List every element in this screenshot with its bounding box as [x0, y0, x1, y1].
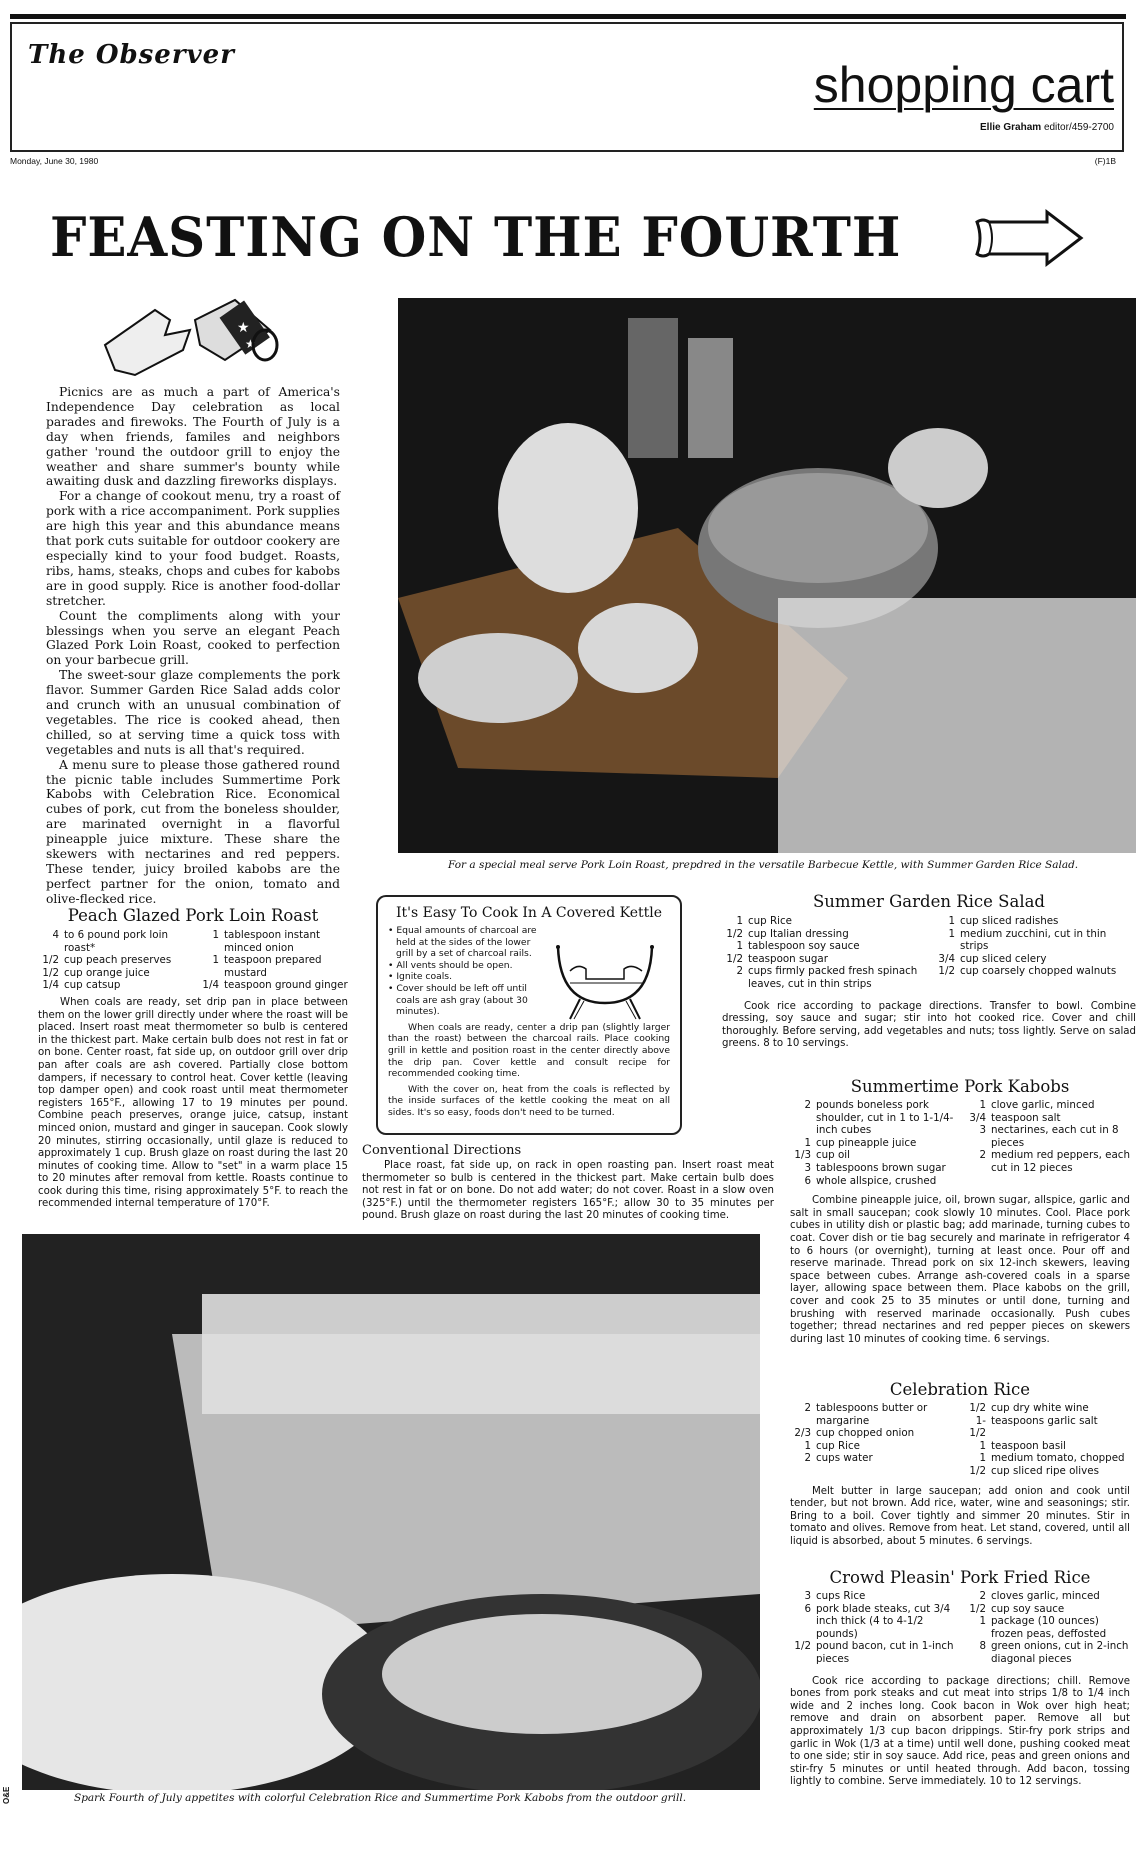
ingredient: 1/2cup orange juice	[38, 967, 188, 980]
recipe-directions: Cook rice according to package direction…	[790, 1676, 1130, 1789]
kettle-paragraph: When coals are ready, center a drip pan …	[388, 1022, 670, 1080]
recipe-title: Crowd Pleasin' Pork Fried Rice	[790, 1568, 1130, 1587]
dateline: Monday, June 30, 1980	[10, 156, 98, 166]
kettle-tips-box: It's Easy To Cook In A Covered Kettle Eq…	[376, 895, 682, 1135]
recipe-title: Summer Garden Rice Salad	[722, 892, 1136, 911]
intro-paragraph: A menu sure to please those gathered rou…	[46, 758, 340, 907]
conventional-text: Place roast, fat side up, on rack in ope…	[362, 1160, 774, 1223]
ingredient: 1medium tomato, chopped	[965, 1452, 1130, 1465]
recipe-summer-garden-rice-salad: Summer Garden Rice Salad 1cup Rice 1/2cu…	[722, 892, 1136, 1051]
editor-contact: editor/459-2700	[1044, 122, 1114, 133]
recipe-peach-glazed-pork: Peach Glazed Pork Loin Roast 4to 6 pound…	[38, 906, 348, 1211]
recipe-directions: Combine pineapple juice, oil, brown suga…	[790, 1195, 1130, 1346]
kettle-paragraph: With the cover on, heat from the coals i…	[388, 1084, 670, 1119]
ingredient: 2pounds boneless pork shoulder, cut in 1…	[790, 1099, 955, 1137]
ingredient: 1cup Rice	[722, 915, 924, 928]
ingredient: 1medium zucchini, cut in thin strips	[934, 928, 1136, 953]
ingredient: 1clove garlic, minced	[965, 1099, 1130, 1112]
ingredient-list: 1cup Rice 1/2cup Italian dressing 1table…	[722, 915, 1136, 991]
section-title: shopping cart	[814, 60, 1114, 110]
kettle-diagram-icon	[550, 941, 660, 1021]
kettle-bullet: Cover should be left off until coals are…	[388, 983, 548, 1018]
ingredient: 1/2cup dry white wine	[965, 1402, 1130, 1415]
ingredient: 1/2cup sliced ripe olives	[965, 1465, 1130, 1478]
ingredient: 1package (10 ounces) frozen peas, deffos…	[965, 1615, 1130, 1640]
ingredient: 2tablespoons butter or margarine	[790, 1402, 955, 1427]
side-label: O&E	[2, 1787, 11, 1804]
ingredient: 3cups Rice	[790, 1590, 955, 1603]
ingredient-list: 2tablespoons butter or margarine 2/3cup …	[790, 1402, 1130, 1478]
ingredient: 1/2pound bacon, cut in 1-inch pieces	[790, 1640, 955, 1665]
recipe-pork-fried-rice: Crowd Pleasin' Pork Fried Rice 3cups Ric…	[790, 1568, 1130, 1789]
page-number: (F)1B	[1095, 156, 1116, 166]
firecracker-illustration-icon: ★ ★	[95, 290, 295, 380]
ingredient: 8green onions, cut in 2-inch diagonal pi…	[965, 1640, 1130, 1665]
conventional-title: Conventional Directions	[362, 1143, 774, 1158]
paper-name: The Observer	[28, 40, 235, 70]
ingredient: 1/3cup oil	[790, 1149, 955, 1162]
ingredient: 1tablespoon instant minced onion	[198, 929, 348, 954]
ingredient: 1cup Rice	[790, 1440, 955, 1453]
editor-name: Ellie Graham	[980, 122, 1041, 133]
recipe-title: Peach Glazed Pork Loin Roast	[38, 906, 348, 925]
ingredient: 2/3cup chopped onion	[790, 1427, 955, 1440]
arrow-banner-icon	[975, 208, 1085, 268]
recipe-celebration-rice: Celebration Rice 2tablespoons butter or …	[790, 1380, 1130, 1549]
ingredient: 1/2cup Italian dressing	[722, 928, 924, 941]
ingredient: 1/4teaspoon ground ginger	[198, 979, 348, 992]
ingredient: 1teaspoon prepared mustard	[198, 954, 348, 979]
ingredient: 3/4teaspoon salt	[965, 1112, 1130, 1125]
ingredient: 4to 6 pound pork loin roast*	[38, 929, 188, 954]
recipe-title: Summertime Pork Kabobs	[790, 1077, 1130, 1096]
ingredient: 1cup sliced radishes	[934, 915, 1136, 928]
ingredient: 3nectarines, each cut in 8 pieces	[965, 1124, 1130, 1149]
ingredient-list: 2pounds boneless pork shoulder, cut in 1…	[790, 1099, 1130, 1187]
kettle-bullet: All vents should be open.	[388, 960, 548, 972]
photo-caption-top: For a special meal serve Pork Loin Roast…	[448, 859, 1078, 871]
intro-paragraph: For a change of cookout menu, try a roas…	[46, 489, 340, 608]
recipe-directions: Melt butter in large saucepan; add onion…	[790, 1486, 1130, 1549]
ingredient: 1/2cup coarsely chopped walnuts	[934, 965, 1136, 978]
kettle-bullet: Ignite coals.	[388, 971, 548, 983]
ingredient: 2cloves garlic, minced	[965, 1590, 1130, 1603]
recipe-directions: Cook rice according to package direction…	[722, 1001, 1136, 1051]
ingredient: 1tablespoon soy sauce	[722, 940, 924, 953]
photo-caption-bottom: Spark Fourth of July appetites with colo…	[74, 1792, 686, 1804]
kettle-box-title: It's Easy To Cook In A Covered Kettle	[388, 905, 670, 921]
ingredient: 3tablespoons brown sugar	[790, 1162, 955, 1175]
ingredient: 1-1/2teaspoons garlic salt	[965, 1415, 1130, 1440]
kettle-bullet-list: Equal amounts of charcoal are held at th…	[388, 925, 548, 1018]
ingredient: 2cups firmly packed fresh spinach leaves…	[722, 965, 924, 990]
intro-paragraph: Count the compliments along with your bl…	[46, 609, 340, 669]
ingredient: 2cups water	[790, 1452, 955, 1465]
photo-kabobs-rice	[22, 1234, 760, 1790]
ingredient: 6whole allspice, crushed	[790, 1175, 955, 1188]
conventional-directions: Conventional Directions Place roast, fat…	[362, 1143, 774, 1223]
ingredient-list: 3cups Rice 6pork blade steaks, cut 3/4 i…	[790, 1590, 1130, 1666]
recipe-summertime-pork-kabobs: Summertime Pork Kabobs 2pounds boneless …	[790, 1077, 1130, 1346]
top-rule	[10, 14, 1126, 19]
ingredient-list: 4to 6 pound pork loin roast* 1/2cup peac…	[38, 929, 348, 992]
editor-line: Ellie Graham editor/459-2700	[980, 122, 1114, 133]
headline: FEASTING ON THE FOURTH	[50, 205, 901, 269]
intro-article: Picnics are as much a part of America's …	[46, 385, 340, 907]
ingredient: 1teaspoon basil	[965, 1440, 1130, 1453]
ingredient: 1/2cup soy sauce	[965, 1603, 1130, 1616]
svg-text:★: ★	[237, 320, 250, 336]
ingredient: 3/4cup sliced celery	[934, 953, 1136, 966]
ingredient: 2medium red peppers, each cut in 12 piec…	[965, 1149, 1130, 1174]
ingredient: 1/2cup peach preserves	[38, 954, 188, 967]
photo-pork-roast	[398, 298, 1136, 853]
ingredient: 1/4cup catsup	[38, 979, 188, 992]
ingredient: 6pork blade steaks, cut 3/4 inch thick (…	[790, 1603, 955, 1641]
ingredient: 1/2teaspoon sugar	[722, 953, 924, 966]
recipe-title: Celebration Rice	[790, 1380, 1130, 1399]
intro-paragraph: The sweet-sour glaze complements the por…	[46, 668, 340, 757]
kettle-bullet: Equal amounts of charcoal are held at th…	[388, 925, 548, 960]
ingredient: 1cup pineapple juice	[790, 1137, 955, 1150]
recipe-directions: When coals are ready, set drip pan in pl…	[38, 997, 348, 1211]
intro-paragraph: Picnics are as much a part of America's …	[46, 385, 340, 489]
